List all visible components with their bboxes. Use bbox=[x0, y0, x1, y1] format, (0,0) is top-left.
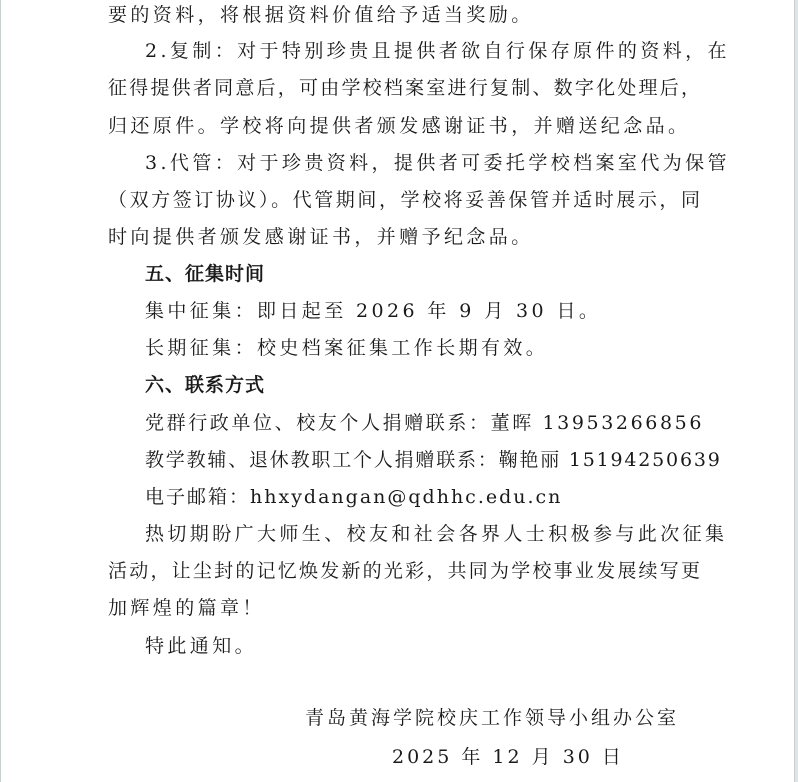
paragraph-line: 归还原件。学校将向提供者颁发感谢证书，并赠送纪念品。 bbox=[108, 111, 700, 141]
closing-line: 活动，让尘封的记忆焕发新的光彩，共同为学校事业发展续写更 bbox=[108, 556, 700, 586]
closing-line: 热切期盼广大师生、校友和社会各界人士积极参与此次征集 bbox=[145, 519, 700, 549]
paragraph-line: 时向提供者颁发感谢证书，并赠予纪念品。 bbox=[108, 222, 700, 252]
section-heading-collection-time: 五、征集时间 bbox=[145, 259, 700, 289]
contact-item: 教学教辅、退休教职工个人捐赠联系：鞠艳丽 15194250639 bbox=[145, 445, 700, 475]
closing-notice: 特此通知。 bbox=[145, 631, 700, 661]
section-heading-contact: 六、联系方式 bbox=[145, 370, 700, 400]
contact-email: 电子邮箱：hhxydangan@qdhhc.edu.cn bbox=[145, 482, 700, 512]
signature-organization: 青岛黄海学院校庆工作领导小组办公室 bbox=[305, 703, 679, 733]
paragraph-line: 要的资料，将根据资料价值给予适当奖励。 bbox=[108, 0, 700, 30]
signature-date: 2025 年 12 月 30 日 bbox=[392, 742, 624, 772]
closing-line: 加辉煌的篇章！ bbox=[108, 593, 700, 623]
contact-item: 党群行政单位、校友个人捐赠联系：董晖 13953266856 bbox=[145, 408, 700, 438]
paragraph-line: （双方签订协议）。代管期间，学校将妥善保管并适时展示，同 bbox=[108, 185, 700, 215]
collection-time-item: 长期征集：校史档案征集工作长期有效。 bbox=[145, 333, 700, 363]
paragraph-line: 2.复制：对于特别珍贵且提供者欲自行保存原件的资料，在 bbox=[145, 36, 700, 66]
paragraph-line: 3.代管：对于珍贵资料，提供者可委托学校档案室代为保管 bbox=[145, 148, 700, 178]
vertical-scrollbar-track[interactable] bbox=[794, 0, 798, 782]
page-left-border bbox=[0, 0, 1, 782]
paragraph-line: 征得提供者同意后，可由学校档案室进行复制、数字化处理后， bbox=[108, 73, 700, 103]
collection-time-item: 集中征集：即日起至 2026 年 9 月 30 日。 bbox=[145, 296, 700, 326]
